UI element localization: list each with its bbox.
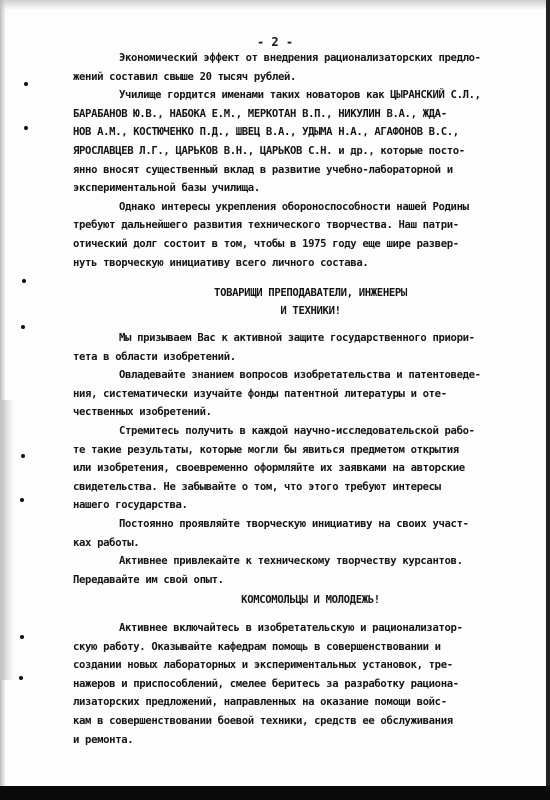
- section-heading: КОМСОМОЛЬЦЫ И МОЛОДЕЖЬ!: [73, 591, 548, 610]
- binder-hole-mark: [22, 279, 26, 283]
- text-line: Передавайте им свой опыт.: [73, 571, 548, 590]
- text-line: Стремитесь получить в каждой научно-иссл…: [73, 422, 550, 441]
- text-line: янно вносят существенный вклад в развити…: [73, 161, 548, 180]
- text-line: НОВ А.М., КОСТЮЧЕНКО П.Д., ШВЕЦ В.А., УД…: [73, 123, 548, 142]
- text-line: и ремонта.: [73, 731, 548, 750]
- scan-edge-bottom: [0, 786, 550, 800]
- text-line: Активнее включайтесь в изобретательскую …: [73, 619, 550, 638]
- text-line: нашего государства.: [73, 496, 548, 515]
- text-line: Постоянно проявляйте творческую инициати…: [73, 515, 550, 534]
- text-line: требуют дальнейшего развития техническог…: [73, 216, 548, 235]
- text-line: лизаторских предложений, направленных на…: [73, 693, 548, 712]
- scan-shadow-left-lower: [0, 400, 14, 680]
- text-line: Экономический эффект от внедрения рацион…: [73, 49, 550, 68]
- text-line: чественных изобретений.: [73, 403, 548, 422]
- text-line: Училище гордится именами таких новаторов…: [73, 86, 550, 105]
- binder-hole-mark: [21, 454, 25, 458]
- text-line: тета в области изобретений.: [73, 348, 548, 367]
- text-line: экспериментальной базы училища.: [73, 179, 548, 198]
- text-line: Мы призываем Вас к активной защите госуд…: [73, 329, 550, 348]
- text-line: нажеров и приспособлений, смелее беритес…: [73, 675, 548, 694]
- section-heading: И ТЕХНИКИ!: [73, 302, 548, 321]
- binder-hole-mark: [20, 498, 24, 502]
- text-line: скую работу. Оказывайте кафедрам помощь …: [73, 638, 548, 657]
- binder-hole-mark: [20, 635, 24, 639]
- text-line: нуть творческую инициативу всего личного…: [73, 254, 548, 273]
- text-line: кам в совершенствовании боевой техники, …: [73, 712, 548, 731]
- text-line: создании новых лабораторных и эксперимен…: [73, 656, 548, 675]
- text-line: ния, систематически изучайте фонды патен…: [73, 385, 548, 404]
- document-page: - 2 - Экономический эффект от внедрения …: [0, 0, 550, 790]
- binder-hole-mark: [24, 82, 28, 86]
- text-line: жений составил свыше 20 тысяч рублей.: [73, 68, 548, 87]
- section-heading: ТОВАРИЩИ ПРЕПОДАВАТЕЛИ, ИНЖЕНЕРЫ: [73, 284, 548, 303]
- binder-hole-mark: [19, 676, 23, 680]
- text-line: Активнее привлекайте к техническому твор…: [73, 552, 550, 571]
- text-line: ках работы.: [73, 534, 548, 553]
- text-line: БАРАБАНОВ Ю.В., НАБОКА Е.М., МЕРКОТАН В.…: [73, 105, 548, 124]
- text-line: или изобретения, своевременно оформляйте…: [73, 459, 548, 478]
- text-line: Однако интересы укрепления обороноспособ…: [73, 198, 550, 217]
- text-line: свидетельства. Не забывайте о том, что э…: [73, 478, 548, 497]
- binder-hole-mark: [24, 126, 28, 130]
- text-line: Овладевайте знанием вопросов изобретател…: [73, 366, 550, 385]
- text-line: те такие результаты, которые могли бы яв…: [73, 441, 548, 460]
- text-line: отический долг состоит в том, чтобы в 19…: [73, 235, 548, 254]
- binder-hole-mark: [21, 325, 25, 329]
- page-number: - 2 -: [0, 35, 550, 49]
- scan-shadow-top: [0, 0, 550, 10]
- text-line: ЯРОСЛАВЦЕВ Л.Г., ЦАРЬКОВ В.Н., ЦАРЬКОВ С…: [73, 142, 548, 161]
